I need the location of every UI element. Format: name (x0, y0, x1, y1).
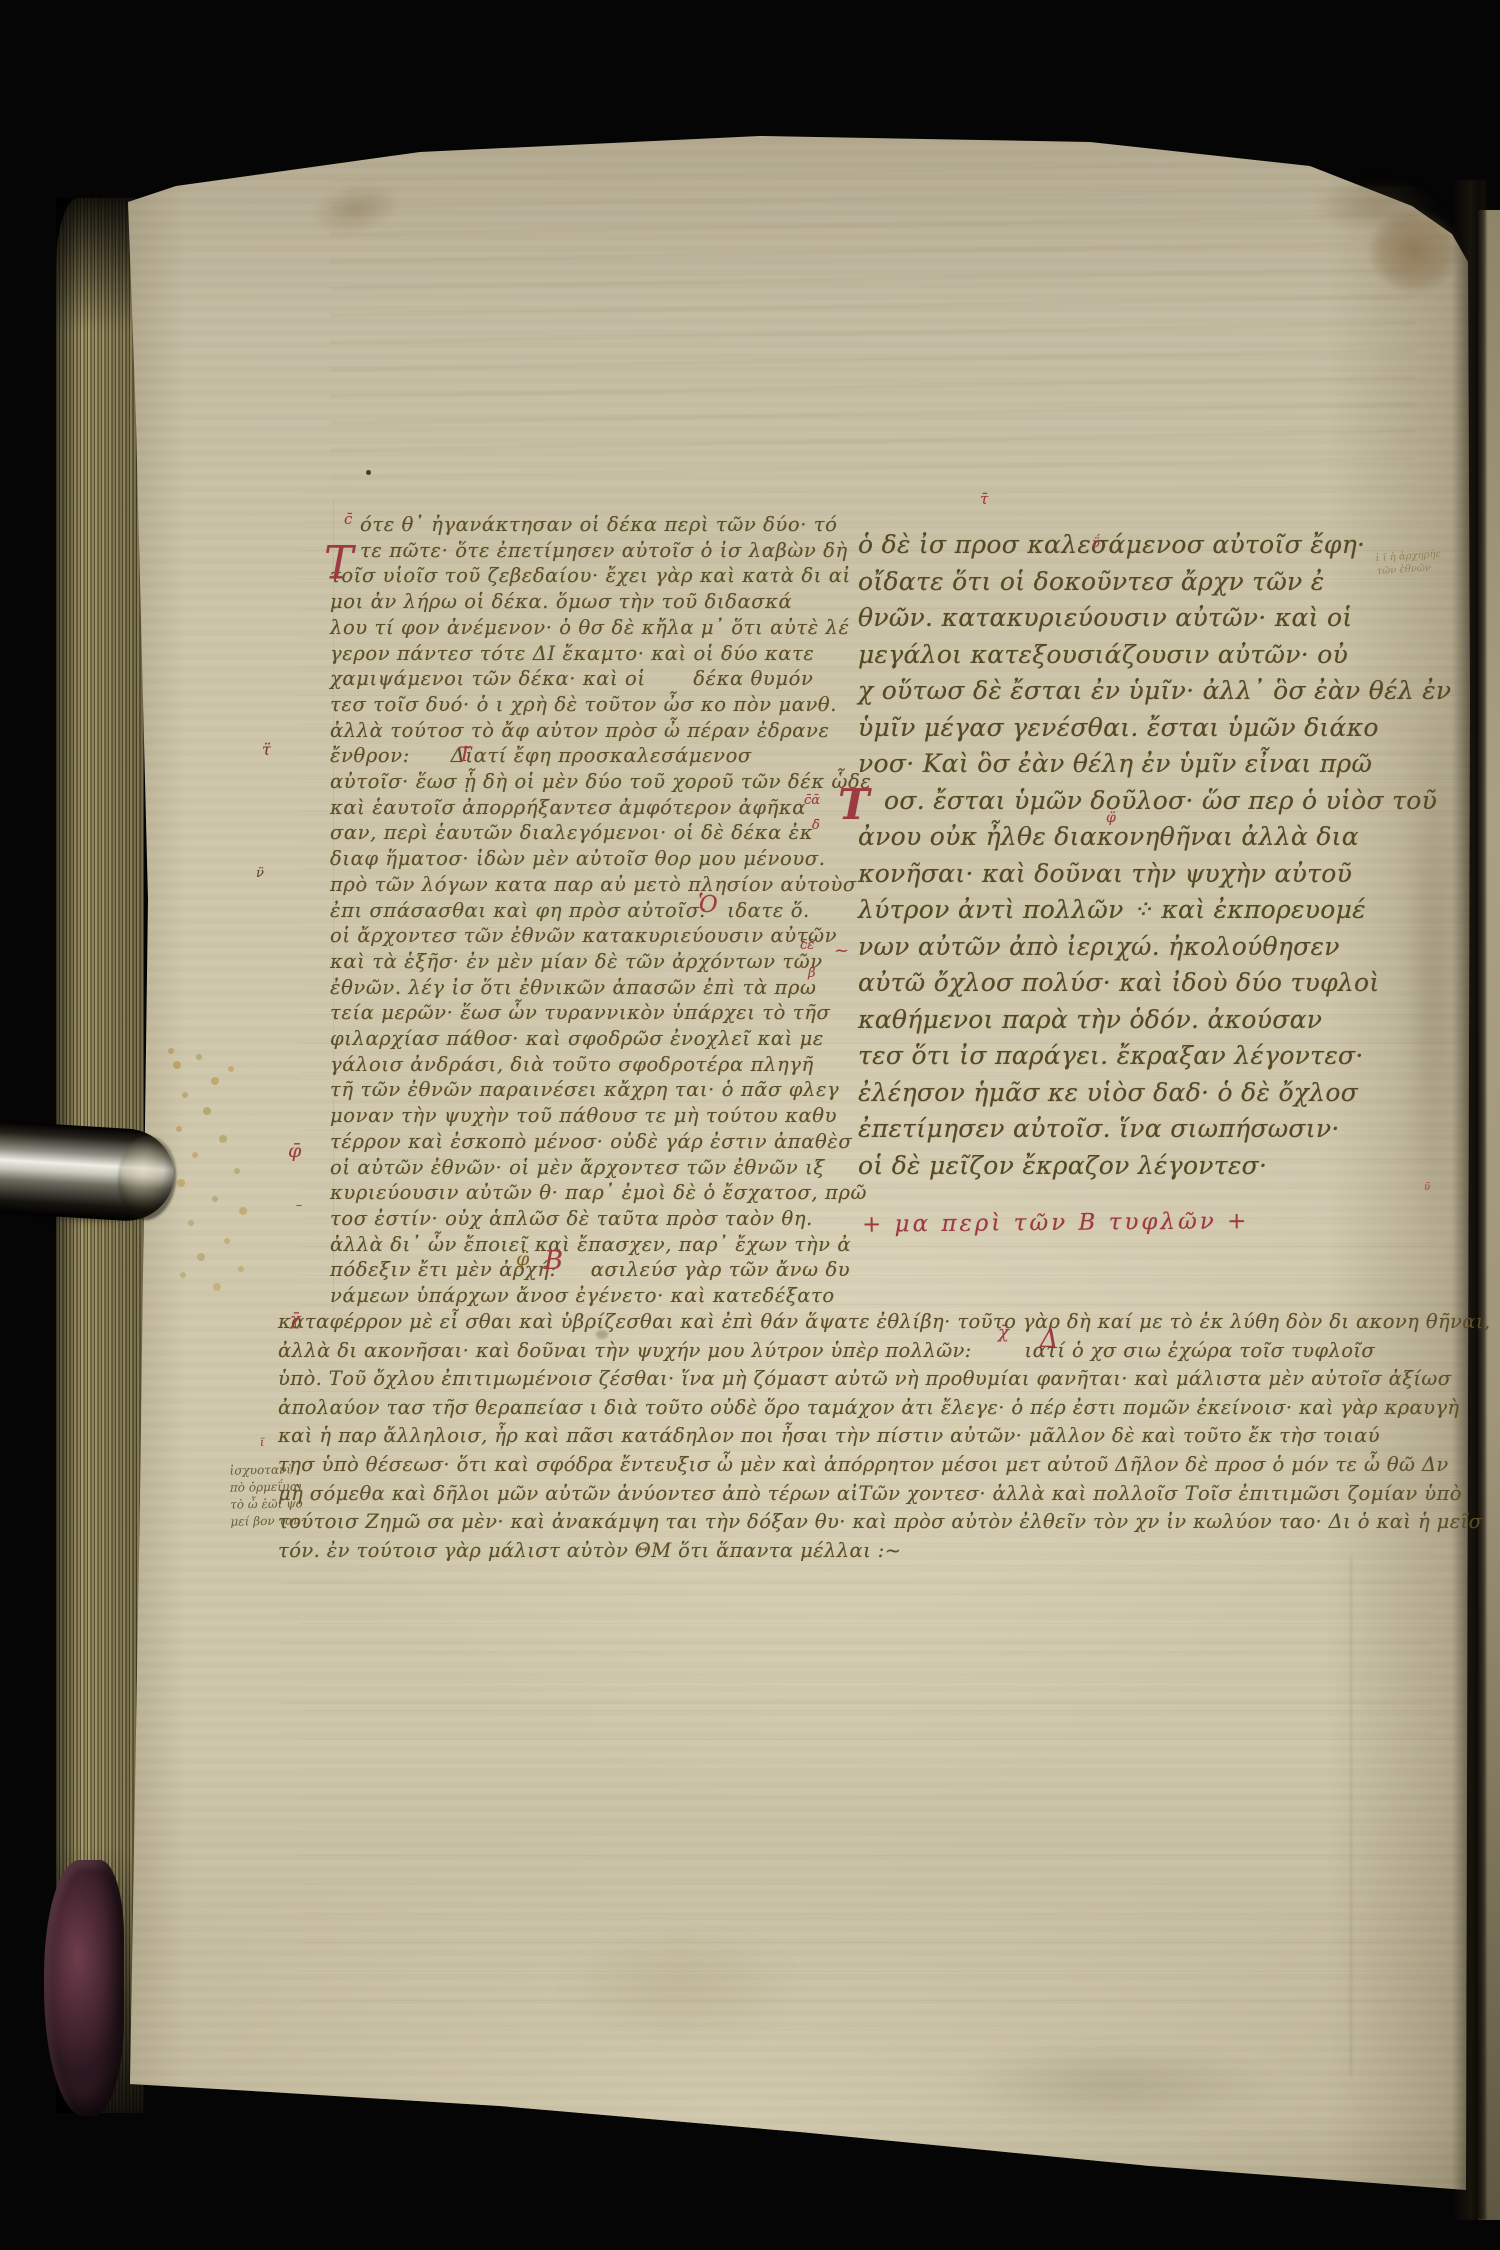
text-line: ἔνθρον: Διατί ἔφη προσκαλεσάμενοσ (330, 743, 871, 769)
text-line: σαν, περὶ ἑαυτῶν διαλεγόμενοι· οἱ δὲ δέκ… (330, 820, 871, 846)
book-cover-corner (44, 1860, 124, 2116)
text-line: νων αὐτῶν ἀπὸ ἰεριχώ. ἠκολούθησεν (858, 929, 1451, 966)
text-line: οἱ αὐτῶν ἐθνῶν· οἱ μὲν ἄρχοντεσ τῶν ἐθνῶ… (330, 1155, 871, 1181)
ink-spot (366, 470, 371, 475)
rubricated-initial-delta: Δ (1040, 1324, 1058, 1353)
upsilon-diaeresis-mark: ΰ (1092, 536, 1100, 551)
text-line: νοσ· Καὶ ὃσ ἐὰν θέλη ἐν ὑμῖν εἶναι πρῶ (858, 746, 1451, 783)
text-line: πρὸ τῶν λόγων κατα παρ αὐ μετὸ πλησίον α… (330, 872, 871, 898)
phi-diaeresis-mark: φ̈ (1106, 810, 1116, 826)
text-line: μὴ σόμεθα καὶ δῆλοι μῶν αὐτῶν ἀνύοντεσ ἀ… (278, 1480, 1491, 1509)
eusebian-canon-2: β̄ (808, 966, 816, 981)
text-line: καὶ ἑαυτοῖσ ἀπορρήξαντεσ ἀμφότερον ἀφῆκα (330, 795, 871, 821)
text-line: ἰσχυοτανὺ (229, 1461, 303, 1479)
text-line: ἐθνῶν. λέγ ἰσ ὅτι ἐθνικῶν ἁπασῶν ἐπὶ τὰ … (330, 975, 871, 1001)
eusebian-canon-4: δ̄ (812, 818, 820, 833)
text-line: χαμιψάμενοι τῶν δέκα· καὶ οἱ δέκα θυμόν (330, 666, 871, 692)
text-line: γερον πάντεσ τότε ΔΙ ἔκαμτο· καὶ οἱ δύο … (330, 641, 871, 667)
text-line: οσ. ἔσται ὑμῶν δοῦλοσ· ὥσ περ ὁ υἱὸσ τοῦ (884, 783, 1451, 820)
marginal-gloss-left: ἰσχυοτανὺπὸ ὁρμεΐμαιτὸ ὦ ἑῶι ψομεί βον τ… (229, 1461, 304, 1530)
stain-top-right-halo (1290, 170, 1460, 240)
text-line: καταφέρρον μὲ εἶ σθαι καὶ ὑβρίζεσθαι καὶ… (278, 1308, 1491, 1337)
gutter-shadow (1452, 180, 1486, 2220)
text-line: μεί βον ταν· (230, 1512, 304, 1530)
block-chi-mark: χ̄ (998, 1322, 1009, 1343)
text-line: πὸ ὁρμεΐμαι (230, 1478, 304, 1496)
text-line: διαφ ἥματοσ· ἰδὼν μὲν αὐτοῖσ θορ μου μέν… (330, 846, 871, 872)
text-line: ὑπὸ. Τοῦ ὄχλου ἐπιτιμωμένοισ ζέσθαι· ἵνα… (278, 1365, 1491, 1394)
gospel-column-right: ὁ δὲ ἰσ προσ καλεσάμενοσ αὐτοῖσ ἔφη·οἴδα… (858, 527, 1451, 1184)
text-line: κυριεύουσιν αὐτῶν θ· παρ᾽ ἐμοὶ δὲ ὁ ἔσχα… (330, 1180, 871, 1206)
text-line: νάμεων ὑπάρχων ἄνοσ ἐγένετο· καὶ κατεδέξ… (330, 1283, 871, 1309)
telos-tau-mark: τ̄ (980, 490, 988, 508)
text-line: καὶ ἡ παρ ἄλληλοισ, ἦρ καὶ πᾶσι κατάδηλο… (278, 1422, 1491, 1451)
rubricated-initial-beta: Β (544, 1246, 563, 1276)
stain-bottom-right (900, 2030, 1330, 2140)
text-line: ἀλλὰ δι ακονῆσαι· καὶ δοῦναι τὴν ψυχήν μ… (278, 1337, 1491, 1366)
text-line: ἀπολαύον τασ τῆσ θεραπείασ ι διὰ τοῦτο ο… (278, 1394, 1491, 1423)
left-margin-dash-mark: – (296, 1198, 302, 1212)
text-line: ἀλλὰ τούτοσ τὸ ἄφ αὐτον πρὸσ ὦ πέραν ἐδρ… (330, 718, 871, 744)
text-line: λύτρον ἀντὶ πολλῶν ⁘ καὶ ἐκπορευομέ (858, 892, 1451, 929)
text-line: λου τί φον ἀνέμενον· ὁ θσ δὲ κἤλα μ᾽ ὅτι… (330, 615, 871, 641)
stain-bottom-center (520, 1910, 840, 2060)
fold-line (1350, 1556, 1352, 2076)
text-line: τεσ ὅτι ἰσ παράγει. ἔκραξαν λέγοντεσ· (858, 1038, 1451, 1075)
text-line: χ οὕτωσ δὲ ἔσται ἐν ὑμῖν· ἀλλ᾽ ὃσ ἐὰν θέ… (858, 673, 1451, 710)
text-line: μοναν τὴν ψυχὴν τοῦ πάθουσ τε μὴ τούτου … (330, 1103, 871, 1129)
text-line: τε πῶτε· ὅτε ἐπετίμησεν αὐτοῖσ ὁ ἰσ λαβὼ… (360, 538, 871, 564)
left-margin-nu-mark: ν̈ (256, 866, 264, 881)
text-line: οἴδατε ὅτι οἱ δοκοῦντεσ ἄρχν τῶν ἐ (858, 564, 1451, 601)
showthrough-text-top (330, 152, 1416, 508)
text-line: ἀλλὰ δι᾽ ὧν ἔποιεῖ καὶ ἔπασχεν, παρ᾽ ἔχω… (330, 1232, 871, 1258)
text-line: μεγάλοι κατεξουσιάζουσιν αὐτῶν· οὐ (858, 637, 1451, 674)
text-line: τέρρον καὶ ἐσκοπὸ μένοσ· οὐδὲ γάρ ἐστιν … (330, 1129, 871, 1155)
text-line: μοι ἀν λήρω οἱ δέκα. ὅμωσ τὴν τοῦ διδασκ… (330, 589, 871, 615)
left-margin-tau-mark: τ̈ (262, 740, 271, 759)
text-line: ἐπι σπάσασθαι καὶ φη πρὸσ αὐτοῖσ: ιδατε … (330, 898, 871, 924)
text-line: πόδεξιν ἔτι μὲν ἀρχή: ασιλεύσ γὰρ τῶν ἄν… (330, 1257, 871, 1283)
kephalaion-mark: c̄ (344, 510, 352, 528)
gutter-tilde-mark: ~ (834, 940, 849, 961)
text-line: τησ ὑπὸ θέσεωσ· ὅτι καὶ σφόδρα ἔντευξισ … (278, 1451, 1491, 1480)
left-margin-iota-mark: ϊ (260, 1436, 264, 1449)
text-line: ἐπετίμησεν αὐτοῖσ. ἵνα σιωπήσωσιν· (858, 1111, 1451, 1148)
text-line: τοῖσ υἱοῖσ τοῦ ζεβεδαίου· ἔχει γὰρ καὶ κ… (330, 563, 871, 589)
eusebian-section-205: c̄ε̄ (800, 938, 814, 953)
text-line: τὸ ὦ ἑῶι ψο (230, 1495, 304, 1513)
commentary-column-left: ότε θ᾽ ἠγανάκτησαν οἱ δέκα περὶ τῶν δύο·… (330, 512, 871, 1309)
text-line: φιλαρχίασ πάθοσ· καὶ σφοδρῶσ ἐνοχλεῖ καὶ… (330, 1026, 871, 1052)
text-line: γάλοισ ἀνδράσι, διὰ τοῦτο σφοδροτέρα πλη… (330, 1052, 871, 1078)
text-line: θνῶν. κατακυριεύουσιν αὐτῶν· καὶ οἱ (858, 600, 1451, 637)
left-margin-phi-mark: φ̄ (288, 1140, 301, 1162)
foxing-spots (168, 1048, 174, 1054)
text-line: οἱ δὲ μεῖζον ἔκραζον λέγοντεσ· (858, 1148, 1451, 1185)
text-line: αὐτοῖσ· ἕωσ ᾗ δὴ οἱ μὲν δύο τοῦ χοροῦ τῶ… (330, 769, 871, 795)
text-line: τόν. ἐν τούτοισ γὰρ μάλιστ αὐτὸν ΘΜ ὅτι … (278, 1537, 1491, 1566)
manuscript-photo: ότε θ᾽ ἠγανάκτησαν οἱ δέκα περὶ τῶν δύο·… (0, 0, 1500, 2250)
gold-phi-mark: φ̈ (516, 1248, 529, 1270)
rubricated-initial-tau: Τ (324, 537, 353, 591)
text-line: τοσ ἐστίν· οὐχ ἁπλῶσ δὲ ταῦτα πρὸσ ταὸν … (330, 1206, 871, 1232)
commentary-block-bottom: καταφέρρον μὲ εἶ σθαι καὶ ὑβρίζεσθαι καὶ… (278, 1308, 1491, 1565)
rubricated-initial-omicron: Ὁ (698, 892, 718, 918)
rubric-title: + μα περὶ τῶν Β τυφλῶν + (862, 1208, 1250, 1237)
rubricated-midline-tau: Τ̃ (458, 742, 471, 766)
text-line: ότε θ᾽ ἠγανάκτησαν οἱ δέκα περὶ τῶν δύο·… (360, 512, 871, 538)
text-line: ἐλέησον ἡμᾶσ κε υἱὸσ δαδ· ὁ δὲ ὄχλοσ (858, 1075, 1451, 1112)
text-line: ὑμῖν μέγασ γενέσθαι. ἔσται ὑμῶν διάκο (858, 710, 1451, 747)
text-line: καθήμενοι παρὰ τὴν ὁδόν. ἀκούσαν (858, 1002, 1451, 1039)
text-line: κονῆσαι· καὶ δοῦναι τὴν ψυχὴν αὐτοῦ (858, 856, 1451, 893)
lection-tau-marker: Τ (838, 780, 869, 829)
text-line: τεία μερῶν· ἕωσ ὧν τυραννικὸν ὑπάρχει τὸ… (330, 1000, 871, 1026)
text-line: ἀνου οὐκ ἦλθε διακονηθῆναι ἀλλὰ δια (858, 819, 1451, 856)
text-line: καὶ τὰ ἑξῆσ· ἐν μὲν μίαν δὲ τῶν ἀρχόντων… (330, 949, 871, 975)
text-line: ὁ δὲ ἰσ προσ καλεσάμενοσ αὐτοῖσ ἔφη· (858, 527, 1451, 564)
right-edge-upsilon-mark: ϋ (1424, 1182, 1430, 1193)
text-line: οἱ ἄρχοντεσ τῶν ἐθνῶν κατακυριεύουσιν αὐ… (330, 923, 871, 949)
eusebian-section-201: c̄ᾱ (804, 793, 820, 808)
text-line: αὐτῶ ὄχλοσ πολύσ· καὶ ἰδοὺ δύο τυφλοὶ (858, 965, 1451, 1002)
text-line: τούτοισ Ζημῶ σα μὲν· καὶ ἀνακάμψη ται τὴ… (278, 1508, 1491, 1537)
text-line: τῆ τῶν ἐθνῶν παραινέσει κἄχρη ται· ὁ πᾶσ… (330, 1077, 871, 1103)
marginal-gloss-right: ἰ ϊ ἡ ἀρχηρήετῶν ἐθνῶν (1375, 548, 1442, 578)
text-line: τεσ τοῖσ δυό· ὁ ι χρὴ δὲ τοῦτον ὦσ κο πὸ… (330, 692, 871, 718)
left-margin-chi-mark: χ̄ (290, 1310, 300, 1330)
